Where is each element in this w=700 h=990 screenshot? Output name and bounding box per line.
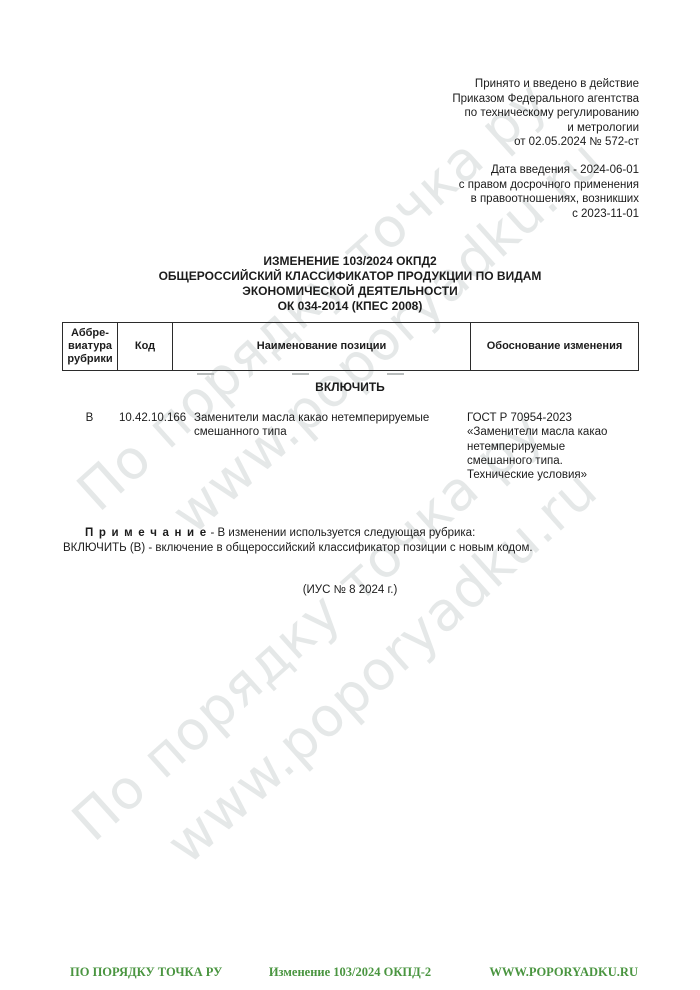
note-first-line: П р и м е ч а н и е - В изменении исполь… bbox=[63, 526, 639, 541]
watermark-url-text: www.poporyadku.ru bbox=[149, 451, 615, 882]
note-second-line: ВКЛЮЧИТЬ (В) - включение в общероссийски… bbox=[63, 541, 639, 556]
entry-rubric: В bbox=[62, 411, 117, 425]
note-paragraph: П р и м е ч а н и е - В изменении исполь… bbox=[63, 526, 639, 555]
table-header-code: Код bbox=[118, 323, 173, 371]
entry-code: 10.42.10.166 bbox=[119, 411, 194, 425]
scan-artifact-dashes bbox=[197, 373, 405, 375]
ius-reference: (ИУС № 8 2024 г.) bbox=[0, 583, 700, 597]
adoption-text: Принято и введено в действие Приказом Фе… bbox=[452, 77, 639, 150]
table-header-change-justification: Обоснование изменения bbox=[471, 323, 639, 371]
table-header-row: Аббре- виатура рубрики Код Наименование … bbox=[63, 323, 639, 371]
note-label: П р и м е ч а н и е bbox=[85, 527, 207, 539]
document-page: По порядку точка ру www.poporyadku.ru По… bbox=[0, 0, 700, 990]
introduction-date-text: Дата введения - 2024-06-01 с правом доср… bbox=[452, 163, 639, 221]
entry-name: Заменители масла какао нетемперируемые с… bbox=[194, 411, 462, 440]
footer-site-url: WWW.POPORYADKU.RU bbox=[489, 966, 638, 979]
entry-justification: ГОСТ Р 70954-2023 «Заменители масла кака… bbox=[467, 411, 639, 482]
table-header-position-name: Наименование позиции bbox=[173, 323, 471, 371]
adoption-block: Принято и введено в действие Приказом Фе… bbox=[452, 77, 639, 221]
include-heading: ВКЛЮЧИТЬ bbox=[62, 380, 638, 394]
note-text: - В изменении используется следующая руб… bbox=[207, 527, 475, 539]
positions-table: Аббре- виатура рубрики Код Наименование … bbox=[62, 322, 639, 371]
document-title: ИЗМЕНЕНИЕ 103/2024 ОКПД2 ОБЩЕРОССИЙСКИЙ … bbox=[0, 254, 700, 314]
table-header-rubric-abbr: Аббре- виатура рубрики bbox=[63, 323, 118, 371]
